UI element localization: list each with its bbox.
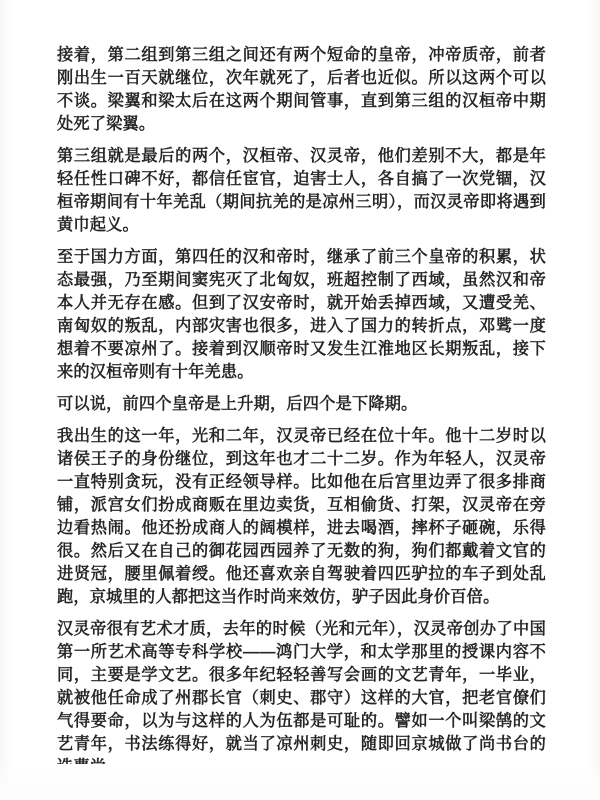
reader-page: 接着，第二组到第三组之间还有两个短命的皇帝，冲帝质帝，前者刚出生一百天就继位，次…: [0, 0, 600, 800]
page-bottom-fade: [0, 764, 600, 800]
paragraph: 汉灵帝很有艺术才质，去年的时候（光和元年），汉灵帝创办了中国第一所艺术高等专科学…: [57, 618, 546, 764]
text-column: 接着，第二组到第三组之间还有两个短命的皇帝，冲帝质帝，前者刚出生一百天就继位，次…: [57, 44, 546, 764]
paragraph: 第三组就是最后的两个，汉桓帝、汉灵帝，他们差别不大，都是年轻任性口碑不好，都信任…: [57, 145, 546, 237]
paragraph: 可以说，前四个皇帝是上升期，后四个是下降期。: [57, 393, 546, 416]
paragraph: 我出生的这一年，光和二年，汉灵帝已经在位十年。他十二岁时以诸侯王子的身份继位，到…: [57, 425, 546, 609]
paragraph: 接着，第二组到第三组之间还有两个短命的皇帝，冲帝质帝，前者刚出生一百天就继位，次…: [57, 44, 546, 136]
paragraph: 至于国力方面，第四任的汉和帝时，继承了前三个皇帝的积累，状态最强，乃至期间窦宪灭…: [57, 246, 546, 384]
